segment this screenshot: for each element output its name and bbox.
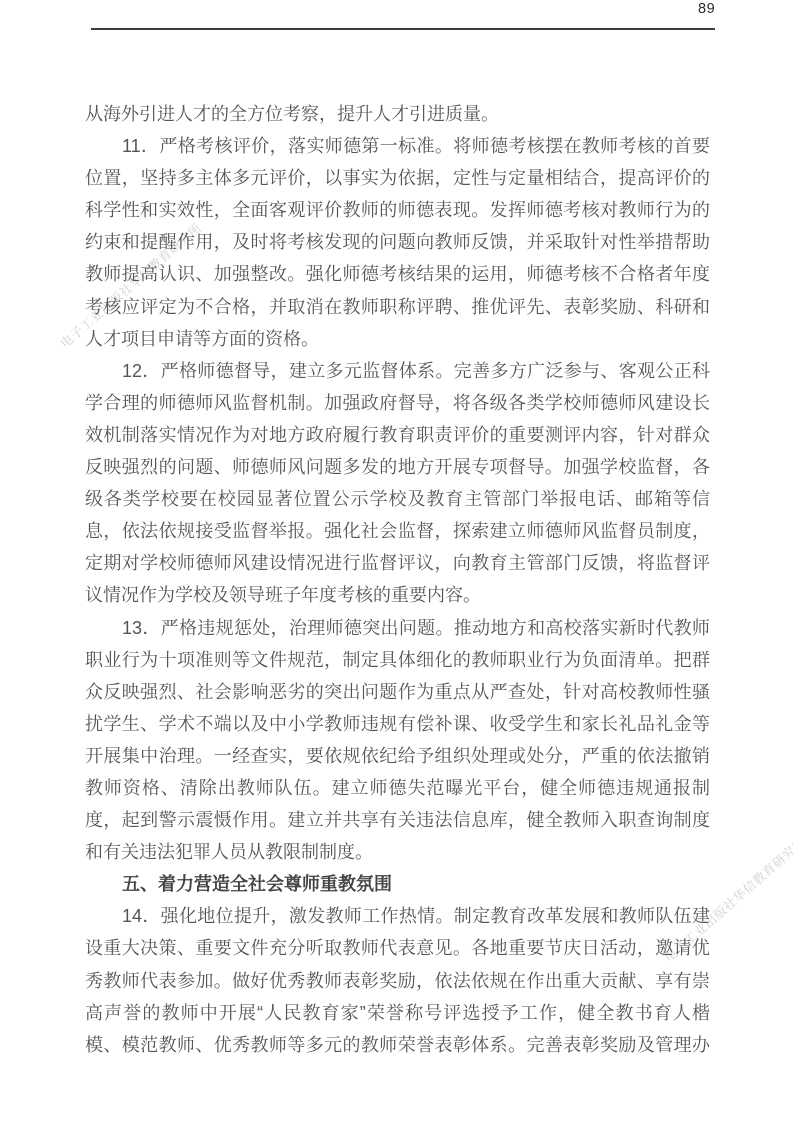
text-line: 11．严格考核评价，落实师德第一标准。将师德考核摆在教师考核的首要 xyxy=(85,130,710,162)
text-line: 12．严格师德督导，建立多元监督体系。完善多方广泛参与、客观公正科 xyxy=(85,355,710,387)
text-line: 教师提高认识、加强整改。强化师德考核结果的运用，师德考核不合格者年度 xyxy=(85,258,710,290)
text-line: 人才项目申请等方面的资格。 xyxy=(85,323,710,355)
text-line: 反映强烈的问题、师德师风问题多发的地方开展专项督导。加强学校监督，各 xyxy=(85,451,710,483)
text-line: 效机制落实情况作为对地方政府履行教育职责评价的重要测评内容，针对群众 xyxy=(85,419,710,451)
text-line: 13．严格违规惩处，治理师德突出问题。推动地方和高校落实新时代教师 xyxy=(85,612,710,644)
paragraph-continuation: 从海外引进人才的全方位考察，提升人才引进质量。 xyxy=(85,98,710,130)
text-line: 考核应评定为不合格，并取消在教师职称评聘、推优评先、表彰奖励、科研和 xyxy=(85,291,710,323)
text-line: 开展集中治理。一经查实，要依规依纪给予组织处理或处分，严重的依法撤销 xyxy=(85,740,710,772)
paragraph-13: 13．严格违规惩处，治理师德突出问题。推动地方和高校落实新时代教师职业行为十项准… xyxy=(85,612,710,869)
text-line: 从海外引进人才的全方位考察，提升人才引进质量。 xyxy=(85,98,710,130)
text-line: 和有关违法犯罪人员从教限制制度。 xyxy=(85,836,710,868)
text-line: 14．强化地位提升，激发教师工作热情。制定教育改革发展和教师队伍建 xyxy=(85,900,710,932)
text-line: 科学性和实效性，全面客观评价教师的师德表现。发挥师德考核对教师行为的 xyxy=(85,194,710,226)
paragraph-12: 12．严格师德督导，建立多元监督体系。完善多方广泛参与、客观公正科学合理的师德师… xyxy=(85,355,710,612)
text-line: 设重大决策、重要文件充分听取教师代表意见。各地重要节庆日活动，邀请优 xyxy=(85,932,710,964)
text-line: 职业行为十项准则等文件规范，制定具体细化的教师职业行为负面清单。把群 xyxy=(85,644,710,676)
text-line: 定期对学校师德师风建设情况进行监督评议，向教育主管部门反馈，将监督评 xyxy=(85,547,710,579)
heading-line: 五、着力营造全社会尊师重教氛围 xyxy=(85,868,710,900)
document-page: 89 电子工业出版社华信教育研究所 电子工业出版社华信教育研究所 从海外引进人才… xyxy=(0,0,793,1122)
section-heading-5: 五、着力营造全社会尊师重教氛围 xyxy=(85,868,710,900)
text-line: 秀教师代表参加。做好优秀教师表彰奖励，依法依规在作出重大贡献、享有崇 xyxy=(85,965,710,997)
paragraph-14: 14．强化地位提升，激发教师工作热情。制定教育改革发展和教师队伍建设重大决策、重… xyxy=(85,900,710,1060)
text-line: 议情况作为学校及领导班子年度考核的重要内容。 xyxy=(85,579,710,611)
paragraph-11: 11．严格考核评价，落实师德第一标准。将师德考核摆在教师考核的首要位置，坚持多主… xyxy=(85,130,710,355)
document-body: 从海外引进人才的全方位考察，提升人才引进质量。11．严格考核评价，落实师德第一标… xyxy=(85,98,710,1061)
text-line: 学合理的师德师风监督机制。加强政府督导，将各级各类学校师德师风建设长 xyxy=(85,387,710,419)
text-line: 教师资格、清除出教师队伍。建立师德失范曝光平台，健全师德违规通报制 xyxy=(85,772,710,804)
text-line: 高声誉的教师中开展“人民教育家”荣誉称号评选授予工作，健全教书育人楷 xyxy=(85,997,710,1029)
text-line: 息，依法依规接受监督举报。强化社会监督，探索建立师德师风监督员制度， xyxy=(85,515,710,547)
page-number: 89 xyxy=(698,1,715,17)
text-line: 位置，坚持多主体多元评价，以事实为依据，定性与定量相结合，提高评价的 xyxy=(85,162,710,194)
text-line: 扰学生、学术不端以及中小学教师违规有偿补课、收受学生和家长礼品礼金等 xyxy=(85,708,710,740)
header-rule xyxy=(91,28,715,30)
text-line: 度，起到警示震慑作用。建立并共享有关违法信息库，健全教师入职查询制度 xyxy=(85,804,710,836)
text-line: 模、模范教师、优秀教师等多元的教师荣誉表彰体系。完善表彰奖励及管理办 xyxy=(85,1029,710,1061)
text-line: 约束和提醒作用，及时将考核发现的问题向教师反馈，并采取针对性举措帮助 xyxy=(85,226,710,258)
text-line: 众反映强烈、社会影响恶劣的突出问题作为重点从严查处，针对高校教师性骚 xyxy=(85,676,710,708)
text-line: 级各类学校要在校园显著位置公示学校及教育主管部门举报电话、邮箱等信 xyxy=(85,483,710,515)
